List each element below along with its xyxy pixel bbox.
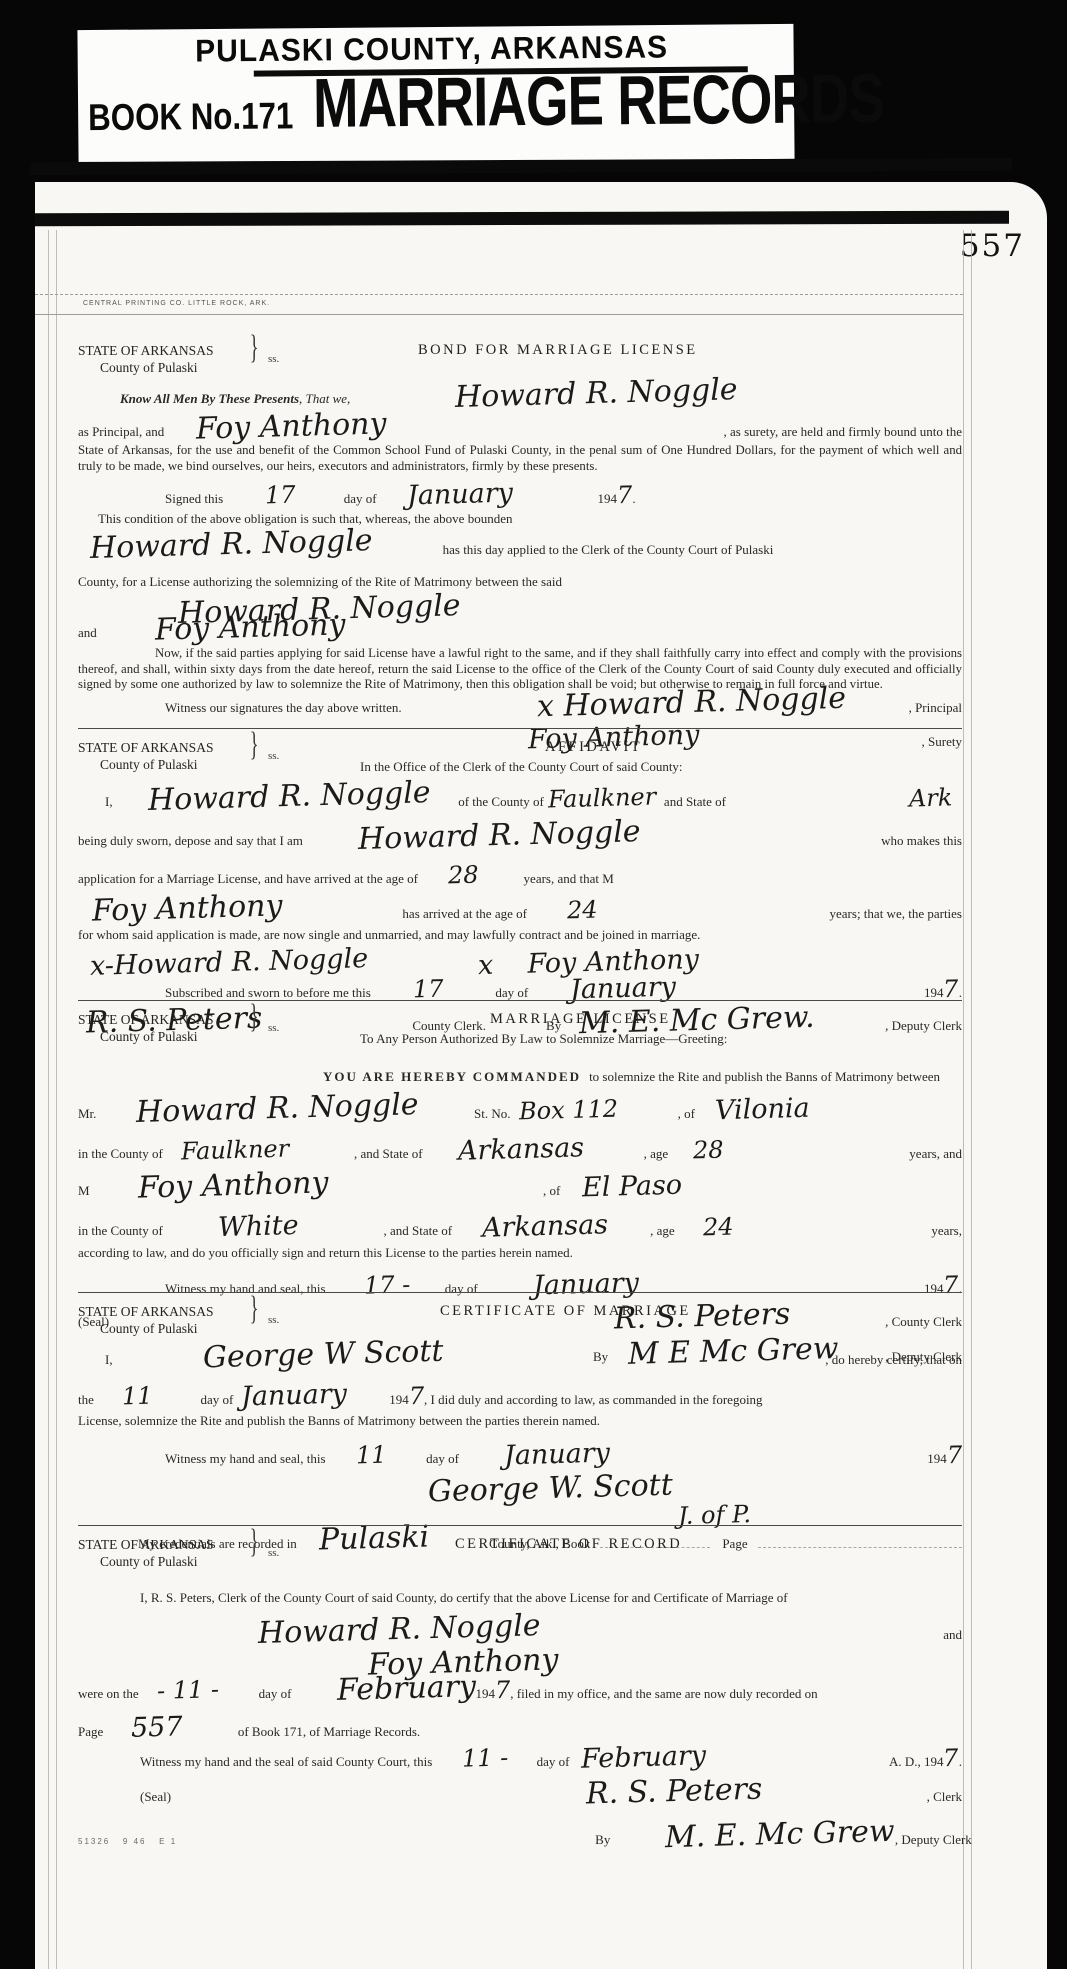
form-text: , do hereby certify, that on [825, 1352, 962, 1368]
form-text: 194 [924, 985, 944, 1001]
form-code: 51326 9 46 E 1 [78, 1834, 177, 1850]
form-text: Witness our signatures the day above wri… [165, 700, 402, 716]
form-text: who makes this [881, 833, 962, 849]
form-text: day of [495, 985, 528, 1001]
handwritten-year: 7 [409, 1392, 424, 1400]
cert-marriage-signature-line: George W. Scott [78, 1485, 962, 1493]
section-heading: BOND FOR MARRIAGE LICENSE [360, 342, 962, 359]
form-text: and [78, 625, 97, 641]
form-text: Witness my hand and seal, this [165, 1451, 326, 1467]
banner-title: MARRIAGE RECORDS [313, 66, 885, 138]
county-label: County of Pulaski [78, 1320, 318, 1337]
cert-record-groom-line: Howard R. Noggle and [78, 1626, 962, 1643]
form-text: years, and that M [524, 871, 614, 887]
license-header-row: STATE OF ARKANSAS County of Pulaski } ss… [78, 1011, 962, 1047]
form-text: day of [426, 1451, 459, 1467]
form-text: 194 [598, 491, 618, 507]
bond-condition-line: This condition of the above obligation i… [78, 511, 962, 527]
cert-marriage-header-row: STATE OF ARKANSAS County of Pulaski } ss… [78, 1303, 962, 1337]
cert-marriage-heading-block: CERTIFICATE OF MARRIAGE [318, 1303, 962, 1320]
affidavit-sworn-line: being duly sworn, depose and say that I … [78, 832, 962, 849]
affidavit-header-row: STATE OF ARKANSAS County of Pulaski } ss… [78, 739, 962, 775]
affidavit-age-line: application for a Marriage License, and … [78, 871, 962, 887]
form-text: according to law, and do you officially … [78, 1245, 573, 1261]
handwritten-day: - 11 - [157, 1685, 219, 1695]
license-commanded-line: YOU ARE HEREBY COMMANDED to solemnize th… [78, 1069, 962, 1085]
form-text: Subscribed and sworn to before me this [165, 985, 371, 1001]
right-margin-rule [971, 230, 972, 1969]
cert-marriage-line2: License, solemnize the Rite and publish … [78, 1413, 962, 1429]
state-block: STATE OF ARKANSAS County of Pulaski } ss… [78, 1011, 318, 1045]
bond-license-line: County, for a License authorizing the so… [78, 574, 962, 590]
form-text: day of [200, 1392, 233, 1408]
handwritten-day: 17 - [363, 1280, 409, 1289]
ss-label: ss. [268, 1020, 279, 1037]
handwritten-groom-county: Faulkner [181, 1144, 289, 1155]
handwritten-i-am-name: Howard R. Noggle [358, 828, 641, 844]
license-bride-county-line: in the County of White , and State of Ar… [78, 1223, 962, 1239]
form-text: Page [78, 1724, 103, 1740]
state-label: STATE OF ARKANSAS [78, 1011, 318, 1028]
affidavit-subscribed-line: Subscribed and sworn to before me this 1… [78, 985, 962, 1001]
form-text: M [78, 1183, 90, 1199]
bond-body-paragraph: State of Arkansas, for the use and benef… [78, 443, 962, 474]
form-text: . [959, 985, 962, 1001]
form-text: of the County of [458, 794, 544, 810]
handwritten-year: 7 [495, 1686, 510, 1694]
section-affidavit: STATE OF ARKANSAS County of Pulaski } ss… [78, 728, 962, 1034]
spouse-signature: x Foy Anthony [478, 956, 699, 970]
handwritten-month: February [336, 1683, 475, 1695]
brace-glyph: } [250, 1300, 259, 1317]
handwritten-bride-county: White [218, 1222, 299, 1232]
form-text: , and State of [383, 1223, 452, 1239]
form-text: has arrived at the age of [402, 906, 527, 922]
handwritten-day: 17 [265, 491, 296, 500]
section-heading: CERTIFICATE OF MARRIAGE [360, 1303, 962, 1320]
form-text: and [943, 1627, 962, 1643]
ss-label: ss. [268, 1545, 279, 1562]
handwritten-month: January [533, 1280, 639, 1291]
handwritten-state: Ark [909, 793, 953, 802]
form-text: of Book 171, of Marriage Records. [238, 1724, 420, 1740]
section-cert-marriage: STATE OF ARKANSAS County of Pulaski } ss… [78, 1292, 962, 1552]
cert-record-page-line: Page 557 of Book 171, of Marriage Record… [78, 1724, 962, 1740]
banner-book-number: BOOK No.171 [88, 95, 293, 140]
affidavit-signatures-line: x-Howard R. Noggle x Foy Anthony [78, 959, 962, 967]
license-bride-line: M Foy Anthony , of El Paso [78, 1182, 962, 1199]
form-text: I, R. S. Peters, Clerk of the County Cou… [140, 1590, 788, 1606]
form-text: years; that we, the parties [830, 906, 962, 922]
applicant-signature: x-Howard R. Noggle [90, 955, 368, 971]
cert-record-body-line: I, R. S. Peters, Clerk of the County Cou… [78, 1590, 962, 1606]
state-block: STATE OF ARKANSAS County of Pulaski } ss… [78, 1536, 318, 1570]
cert-record-seal-line: (Seal) R. S. Peters , Clerk [78, 1788, 962, 1805]
handwritten-bride-age: 24 [703, 1223, 734, 1232]
cert-marriage-date-line: the 11 day of January 194 7 , I did duly… [78, 1392, 962, 1408]
cert-record-header-row: STATE OF ARKANSAS County of Pulaski } ss… [78, 1536, 962, 1570]
handwritten-groom-name: Howard R. Noggle [136, 1101, 419, 1117]
form-text: , Principal [909, 700, 962, 716]
handwritten-day: 17 [413, 985, 444, 994]
form-text: day of [537, 1754, 570, 1770]
cert-marriage-officiant-line: I, George W Scott , do hereby certify, t… [78, 1351, 962, 1368]
page-number: 557 [960, 228, 1025, 264]
handwritten-month: January [570, 984, 676, 995]
form-text: License, solemnize the Rite and publish … [78, 1413, 600, 1429]
clerk-signature: R. S. Peters [586, 1786, 763, 1799]
section-bond: STATE OF ARKANSAS County of Pulaski } ss… [78, 342, 962, 750]
handwritten-applicant-name: Howard R. Noggle [148, 789, 431, 805]
principal-signature: x Howard R. Noggle [537, 694, 846, 711]
handwritten-month: January [406, 490, 512, 501]
state-block: STATE OF ARKANSAS County of Pulaski } ss… [78, 342, 318, 376]
handwritten-day: 11 - [462, 1753, 508, 1762]
license-groom-line: Mr. Howard R. Noggle St. No. Box 112 , o… [78, 1105, 962, 1122]
license-groom-county-line: in the County of Faulkner , and State of… [78, 1146, 962, 1162]
form-text: , filed in my office, and the same are n… [510, 1686, 817, 1702]
form-text: Signed this [165, 491, 223, 507]
form-text: I, [105, 794, 113, 810]
handwritten-page-number: 557 [131, 1723, 183, 1732]
bond-intro-line: Know All Men By These Presents, That we,… [78, 390, 962, 407]
form-text: . [959, 1754, 962, 1770]
form-text: YOU ARE HEREBY COMMANDED [323, 1069, 581, 1085]
brace-glyph: } [250, 736, 259, 753]
handwritten-year: 7 [943, 985, 958, 993]
form-text: were on the [78, 1686, 139, 1702]
form-text: in the County of [78, 1223, 163, 1239]
brace-glyph: } [250, 339, 259, 356]
form-text: in the County of [78, 1146, 163, 1162]
handwritten-month: January [241, 1391, 347, 1402]
form-text: I, [105, 1352, 113, 1368]
form-text: application for a Marriage License, and … [78, 871, 418, 887]
handwritten-day: 11 [355, 1451, 386, 1460]
form-text: 194 [927, 1451, 947, 1467]
printer-mark: CENTRAL PRINTING CO. LITTLE ROCK, ARK. [83, 300, 270, 307]
bond-heading-block: BOND FOR MARRIAGE LICENSE [318, 342, 962, 359]
handwritten-year: 7 [947, 1451, 962, 1459]
form-text: Know All Men By These Presents, That we, [120, 391, 350, 407]
handwritten-spouse-name: Foy Anthony [92, 902, 283, 915]
form-text: , age [644, 1146, 669, 1162]
cert-marriage-title-line: J. of P. [78, 1511, 962, 1519]
bond-bounden-line: Howard R. Noggle has this day applied to… [78, 541, 962, 558]
form-text: 194 [476, 1686, 496, 1702]
bond-principal-line: as Principal, and Foy Anthony , as suret… [78, 423, 962, 440]
form-text: Mr. [78, 1106, 96, 1122]
handwritten-bride-city: El Paso [582, 1182, 682, 1193]
banner-row: BOOK No.171 MARRIAGE RECORDS [88, 74, 788, 140]
handwritten-bride-name: Foy Anthony [137, 1179, 328, 1192]
handwritten-officiant-name: George W Scott [203, 1348, 444, 1363]
scan-top-strip [35, 211, 1009, 227]
left-margin-rule [56, 230, 57, 1969]
form-text: , Deputy Clerk [895, 1832, 972, 1848]
ss-label: ss. [268, 748, 279, 765]
state-label: STATE OF ARKANSAS [78, 342, 318, 359]
handwritten-groom-name: Howard R. Noggle [258, 1622, 541, 1638]
state-block: STATE OF ARKANSAS County of Pulaski } ss… [78, 739, 318, 773]
affidavit-applicant-line: I, Howard R. Noggle of the County of Fau… [78, 793, 962, 810]
county-label: County of Pulaski [78, 756, 318, 773]
state-label: STATE OF ARKANSAS [78, 1536, 318, 1553]
handwritten-year: 7 [617, 491, 632, 499]
bond-bride-line: and Foy Anthony [78, 624, 962, 641]
printer-rule: CENTRAL PRINTING CO. LITTLE ROCK, ARK. [35, 294, 963, 315]
brace-glyph: } [250, 1533, 259, 1550]
form-text: the [78, 1392, 94, 1408]
cert-record-bride-line: Foy Anthony [78, 1659, 962, 1667]
section-heading: AFFIDAVIT [360, 739, 962, 756]
ss-label: ss. [268, 1312, 279, 1329]
handwritten-year: 7 [943, 1754, 958, 1762]
handwritten-month: January [504, 1450, 610, 1461]
bond-witness-line: Witness our signatures the day above wri… [78, 699, 962, 716]
form-text: as Principal, and [78, 424, 164, 440]
license-heading-block: MARRIAGE LICENSE To Any Person Authorize… [318, 1011, 962, 1047]
form-text: and State of [664, 794, 726, 810]
handwritten-groom-state: Arkansas [458, 1144, 584, 1156]
handwritten-groom-age: 28 [693, 1146, 724, 1155]
form-text: to solemnize the Rite and publish the Ba… [589, 1069, 940, 1085]
officiant-signature: George W. Scott [428, 1482, 673, 1497]
section-cert-record: STATE OF ARKANSAS County of Pulaski } ss… [78, 1525, 962, 1850]
handwritten-month: February [581, 1752, 706, 1763]
form-text: for whom said application is made, are n… [78, 927, 700, 943]
handwritten-bounden-name: Howard R. Noggle [90, 537, 373, 553]
license-according-line: according to law, and do you officially … [78, 1245, 962, 1261]
handwritten-principal-name: Howard R. Noggle [455, 386, 738, 402]
form-text: , age [650, 1223, 675, 1239]
handwritten-age: 28 [448, 871, 479, 880]
handwritten-day: 11 [122, 1392, 153, 1401]
handwritten-year: 7 [943, 1281, 958, 1289]
handwritten-county: Faulkner [548, 792, 656, 803]
document-page: 557 CENTRAL PRINTING CO. LITTLE ROCK, AR… [35, 182, 1047, 1969]
handwritten-groom-city: Vilonia [715, 1105, 810, 1116]
affidavit-spouse-line: Foy Anthony has arrived at the age of 24… [78, 905, 962, 922]
form-text: has this day applied to the Clerk of the… [443, 542, 774, 558]
form-text: County, for a License authorizing the so… [78, 574, 562, 590]
form-text: years, [931, 1223, 962, 1239]
cert-record-filed-line: were on the - 11 - day of February 194 7… [78, 1685, 962, 1702]
affidavit-heading-block: AFFIDAVIT In the Office of the Clerk of … [318, 739, 962, 775]
handwritten-spouse-age: 24 [567, 906, 598, 915]
form-text: , of [678, 1106, 695, 1122]
handwritten-bride-state: Arkansas [482, 1221, 608, 1233]
form-text: , of [543, 1183, 560, 1199]
handwritten-surety-name: Foy Anthony [196, 420, 387, 433]
state-label: STATE OF ARKANSAS [78, 1303, 318, 1320]
form-text: Witness my hand and the seal of said Cou… [140, 1754, 432, 1770]
handwritten-bride-name: Foy Anthony [155, 621, 346, 634]
form-text: , Clerk [927, 1789, 962, 1805]
form-text: years, and [909, 1146, 962, 1162]
handwritten-bride-name: Foy Anthony [368, 1656, 559, 1669]
section-subheading: In the Office of the Clerk of the County… [360, 759, 962, 775]
form-text: 194 [389, 1392, 409, 1408]
section-heading: MARRIAGE LICENSE [360, 1011, 962, 1028]
form-text: A. D., 194 [889, 1754, 944, 1770]
county-label: County of Pulaski [78, 359, 318, 376]
form-text: . [632, 491, 635, 507]
form-text: day of [344, 491, 377, 507]
brace-glyph: } [250, 1008, 259, 1025]
right-margin-rule [963, 230, 964, 1969]
cert-record-deputy-line: 51326 9 46 E 1 By M. E. Mc Grew , Deputy… [78, 1831, 962, 1850]
section-subheading: To Any Person Authorized By Law to Solem… [360, 1031, 962, 1047]
form-text: St. No. [474, 1106, 510, 1122]
bond-header-row: STATE OF ARKANSAS County of Pulaski } ss… [78, 342, 962, 376]
cert-record-witness-line: Witness my hand and the seal of said Cou… [78, 1754, 962, 1770]
seal-label: (Seal) [140, 1789, 171, 1805]
form-text: , and State of [354, 1146, 423, 1162]
handwritten-street-no: Box 112 [518, 1105, 617, 1116]
county-label: County of Pulaski [78, 1028, 318, 1045]
section-heading: CERTIFICATE OF RECORD [360, 1536, 962, 1553]
form-text: , I did duly and according to law, as co… [424, 1392, 763, 1408]
form-text: , as surety, are held and firmly bound u… [723, 424, 962, 440]
deputy-clerk-signature: M. E. Mc Grew [665, 1828, 895, 1842]
cert-record-heading-block: CERTIFICATE OF RECORD [318, 1536, 962, 1553]
affidavit-lawful-line: for whom said application is made, are n… [78, 927, 962, 943]
title-banner: PULASKI COUNTY, ARKANSAS BOOK No.171 MAR… [77, 24, 794, 165]
form-text: day of [259, 1686, 292, 1702]
left-margin-rule [48, 230, 49, 1969]
form-text: being duly sworn, depose and say that I … [78, 833, 303, 849]
county-label: County of Pulaski [78, 1553, 318, 1570]
form-text: By [595, 1832, 610, 1848]
state-label: STATE OF ARKANSAS [78, 739, 318, 756]
cert-marriage-witness-line: Witness my hand and seal, this 11 day of… [78, 1451, 962, 1467]
bond-signed-line: Signed this 17 day of January 194 7 . [78, 491, 962, 507]
state-block: STATE OF ARKANSAS County of Pulaski } ss… [78, 1303, 318, 1337]
ss-label: ss. [268, 351, 279, 368]
officiant-title: J. of P. [678, 1510, 751, 1520]
